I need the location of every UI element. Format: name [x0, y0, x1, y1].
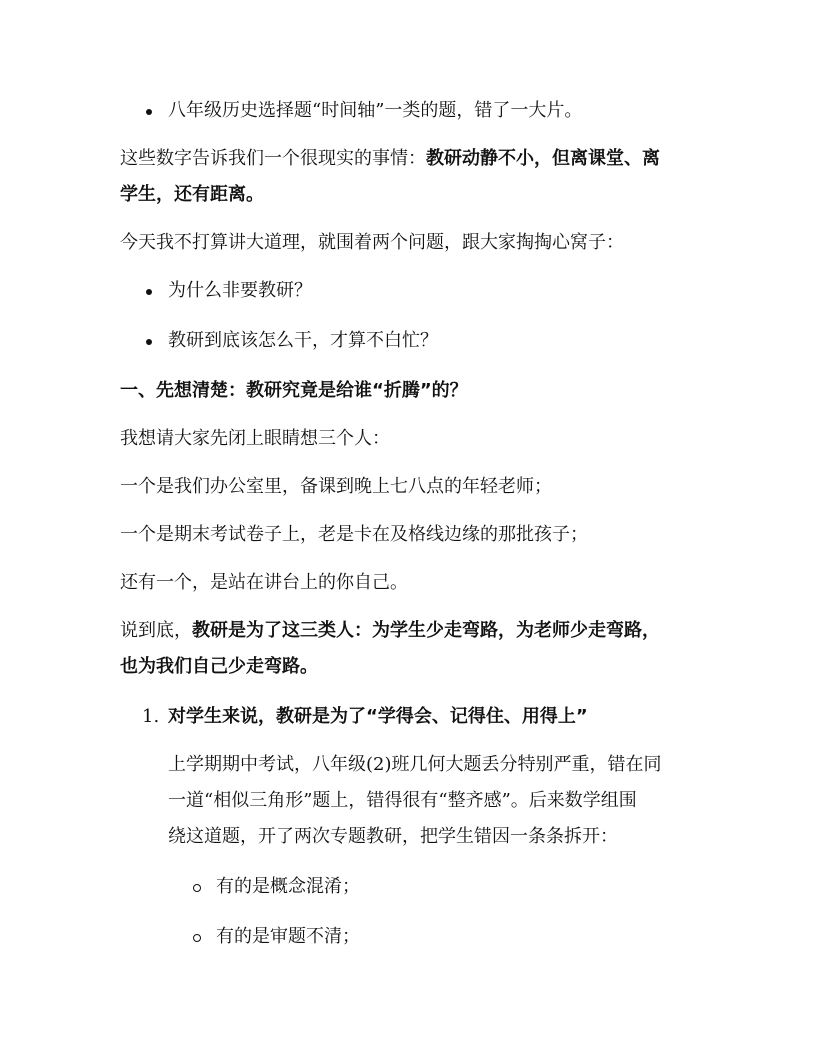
paragraph: 这些数字告诉我们一个很现实的事情：教研动静不小，但离课堂、离	[120, 147, 660, 171]
list-number: 1.	[142, 705, 159, 729]
bullet-circle-icon	[193, 934, 201, 942]
paragraph-bold-text: 教研动静不小，但离课堂、离	[426, 148, 660, 169]
bullet-dot-icon	[146, 289, 152, 295]
bullet-circle-icon	[193, 884, 201, 892]
sub-bullet-text: 有的是概念混淆；	[216, 875, 360, 899]
bullet-text: 八年级历史选择题“时间轴”一类的题，错了一大片。	[168, 99, 582, 123]
list-item-body-line: 绕这道题，开了两次专题教研，把学生错因一条条拆开：	[168, 825, 618, 849]
section-heading: 一、先想清楚：教研究竟是给谁“折腾”的？	[120, 379, 468, 403]
paragraph: 还有一个，是站在讲台上的你自己。	[120, 571, 408, 595]
paragraph: 我想请大家先闭上眼睛想三个人：	[120, 427, 390, 451]
list-item-body-line: 上学期期中考试，八年级(2)班几何大题丢分特别严重，错在同	[168, 753, 662, 777]
paragraph: 一个是期末考试卷子上，老是卡在及格线边缘的那批孩子；	[120, 523, 588, 547]
list-item-title: 对学生来说，教研是为了“学得会、记得住、用得上”	[168, 705, 588, 729]
bullet-dot-icon	[146, 339, 152, 345]
paragraph: 一个是我们办公室里，备课到晚上七八点的年轻老师；	[120, 475, 552, 499]
list-item-body-line: 一道“相似三角形”题上，错得很有“整齐感”。后来数学组围	[168, 789, 637, 813]
paragraph: 说到底，教研是为了这三类人：为学生少走弯路，为老师少走弯路，	[120, 619, 660, 643]
paragraph-bold-continuation: 也为我们自己少走弯路。	[120, 655, 318, 679]
paragraph-text: 说到底，	[120, 620, 192, 641]
bullet-dot-icon	[146, 109, 152, 115]
sub-bullet-text: 有的是审题不清；	[216, 925, 360, 949]
bullet-text: 为什么非要教研？	[168, 279, 312, 303]
paragraph: 今天我不打算讲大道理，就围着两个问题，跟大家掏掏心窝子：	[120, 231, 624, 255]
paragraph-text: 这些数字告诉我们一个很现实的事情：	[120, 148, 426, 169]
bullet-text: 教研到底该怎么干，才算不白忙？	[168, 329, 438, 353]
paragraph-bold-continuation: 学生，还有距离。	[120, 183, 264, 207]
paragraph-bold-text: 教研是为了这三类人：为学生少走弯路，为老师少走弯路，	[192, 620, 660, 641]
